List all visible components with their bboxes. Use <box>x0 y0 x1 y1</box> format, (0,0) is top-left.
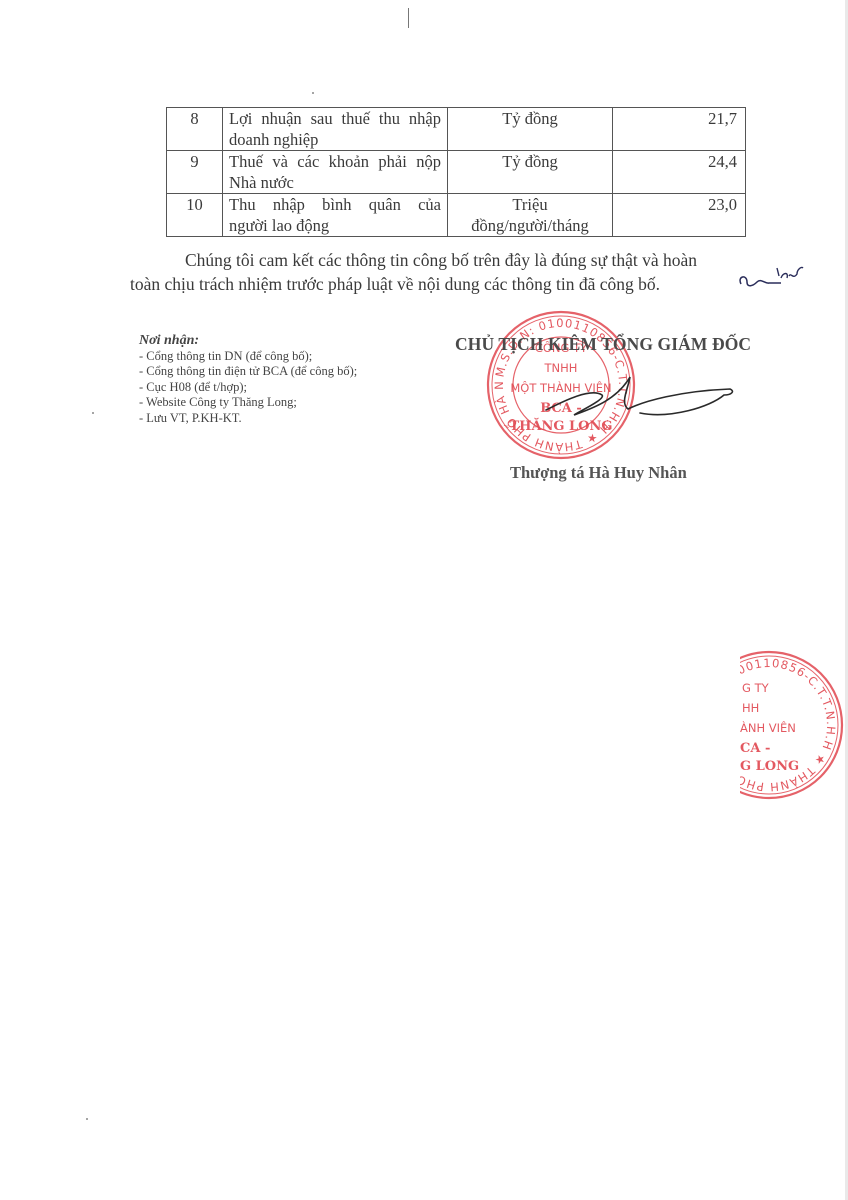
row-number: 10 <box>167 194 223 237</box>
indicator-table: 8Lợi nhuận sau thuế thu nhậpdoanh nghiệp… <box>166 107 746 237</box>
scan-speck <box>86 1118 88 1120</box>
recipient-item: - Website Công ty Thăng Long; <box>139 395 357 411</box>
recipient-item: - Lưu VT, P.KH-KT. <box>139 411 357 427</box>
row-number: 8 <box>167 108 223 151</box>
table-row: 8Lợi nhuận sau thuế thu nhậpdoanh nghiệp… <box>167 108 746 151</box>
scan-speck <box>312 92 314 94</box>
recipients-list: - Cổng thông tin DN (để công bố);- Cổng … <box>139 349 357 427</box>
svg-text:HH: HH <box>742 701 759 715</box>
commitment-statement: Chúng tôi cam kết các thông tin công bố … <box>130 248 790 296</box>
unit: Tỷ đồng <box>448 108 613 151</box>
value: 23,0 <box>613 194 746 237</box>
recipient-item: - Cổng thông tin DN (để công bố); <box>139 349 357 365</box>
svg-text:CA -: CA - <box>740 741 770 756</box>
recipient-item: - Cục H08 (để t/hợp); <box>139 380 357 396</box>
commitment-line-2: toàn chịu trách nhiệm trước pháp luật về… <box>130 272 790 296</box>
handwritten-signature <box>520 365 740 435</box>
scan-mark <box>408 8 409 28</box>
recipients-title: Nơi nhận: <box>139 333 357 349</box>
value: 24,4 <box>613 151 746 194</box>
table-row: 9Thuế và các khoản phải nộpNhà nướcTỷ đồ… <box>167 151 746 194</box>
value: 21,7 <box>613 108 746 151</box>
commitment-line-1: Chúng tôi cam kết các thông tin công bố … <box>130 248 790 272</box>
unit: Tỷ đồng <box>448 151 613 194</box>
indicator-name: Lợi nhuận sau thuế thu nhậpdoanh nghiệp <box>223 108 448 151</box>
handwritten-initials <box>735 264 815 294</box>
recipient-item: - Cổng thông tin điện tử BCA (để công bố… <box>139 364 357 380</box>
unit: Triệuđồng/người/tháng <box>448 194 613 237</box>
indicator-name: Thuế và các khoản phải nộpNhà nước <box>223 151 448 194</box>
svg-text:G LONG: G LONG <box>740 759 799 774</box>
recipients-block: Nơi nhận: - Cổng thông tin DN (để công b… <box>139 333 357 427</box>
indicator-name: Thu nhập bình quân củangười lao động <box>223 194 448 237</box>
signatory-title: CHỦ TỊCH KIÊM TỔNG GIÁM ĐỐC <box>455 334 751 355</box>
table-row: 10Thu nhập bình quân củangười lao độngTr… <box>167 194 746 237</box>
svg-text:ÀNH VIÊN: ÀNH VIÊN <box>740 720 796 735</box>
partial-company-seal: 0100110856-C.T.T.N.H.H ★ THÀNH PHỐ HÀ NỘ… <box>690 646 848 804</box>
scan-speck <box>92 412 94 414</box>
svg-text:G TY: G TY <box>742 681 770 695</box>
signer-name: Thượng tá Hà Huy Nhân <box>510 463 687 483</box>
row-number: 9 <box>167 151 223 194</box>
